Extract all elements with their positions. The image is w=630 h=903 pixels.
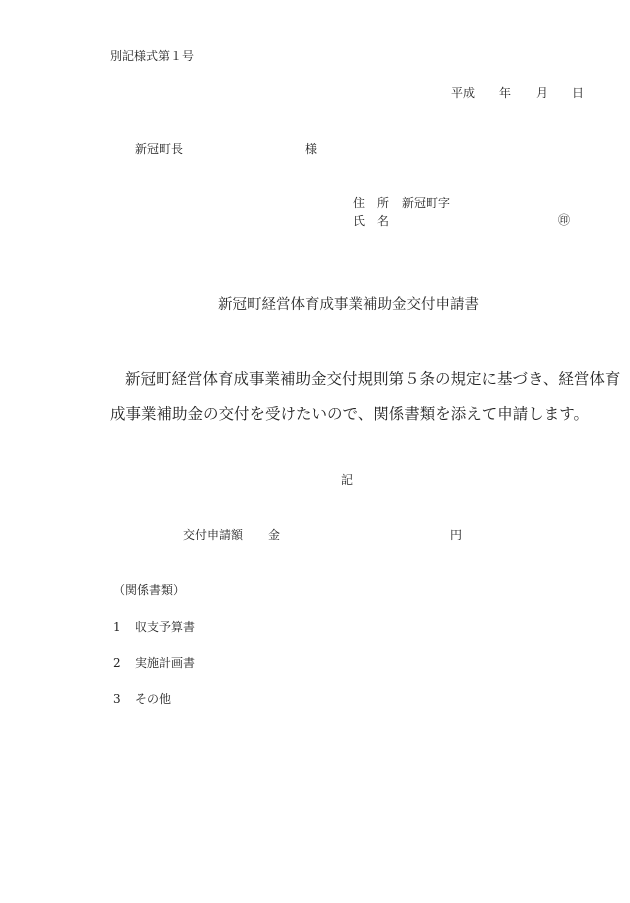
body-line-1: 新冠町経営体育成事業補助金交付規則第５条の規定に基づき、経営体育: [125, 372, 620, 388]
document-title: 新冠町経営体育成事業補助金交付申請書: [218, 298, 479, 313]
attachment-number: 3: [113, 693, 121, 705]
addressee-honorific: 様: [305, 143, 317, 155]
attachment-label: 実施計画書: [135, 657, 195, 669]
date-era: 平成: [451, 87, 475, 99]
attachment-number: 1: [113, 621, 121, 633]
addressee-name: 新冠町長: [135, 143, 183, 155]
amount-label: 交付申請額: [183, 529, 243, 541]
address-value: 新冠町字: [402, 197, 450, 209]
date-day: 日: [572, 87, 584, 99]
attachment-label: その他: [135, 693, 171, 705]
attachment-label: 収支予算書: [135, 621, 195, 633]
amount-suffix: 円: [450, 529, 462, 541]
date-month: 月: [536, 87, 548, 99]
address-label: 住 所: [353, 197, 389, 209]
name-label: 氏 名: [353, 215, 389, 227]
attachments-heading: （関係書類）: [113, 584, 185, 596]
body-line-2: 成事業補助金の交付を受けたいので、関係書類を添えて申請します。: [110, 407, 589, 423]
seal-mark: ㊞: [558, 214, 570, 226]
ki-heading: 記: [341, 474, 353, 486]
date-year: 年: [499, 87, 511, 99]
amount-prefix: 金: [268, 529, 280, 541]
attachment-number: 2: [113, 657, 121, 669]
form-number: 別記様式第１号: [110, 50, 194, 62]
